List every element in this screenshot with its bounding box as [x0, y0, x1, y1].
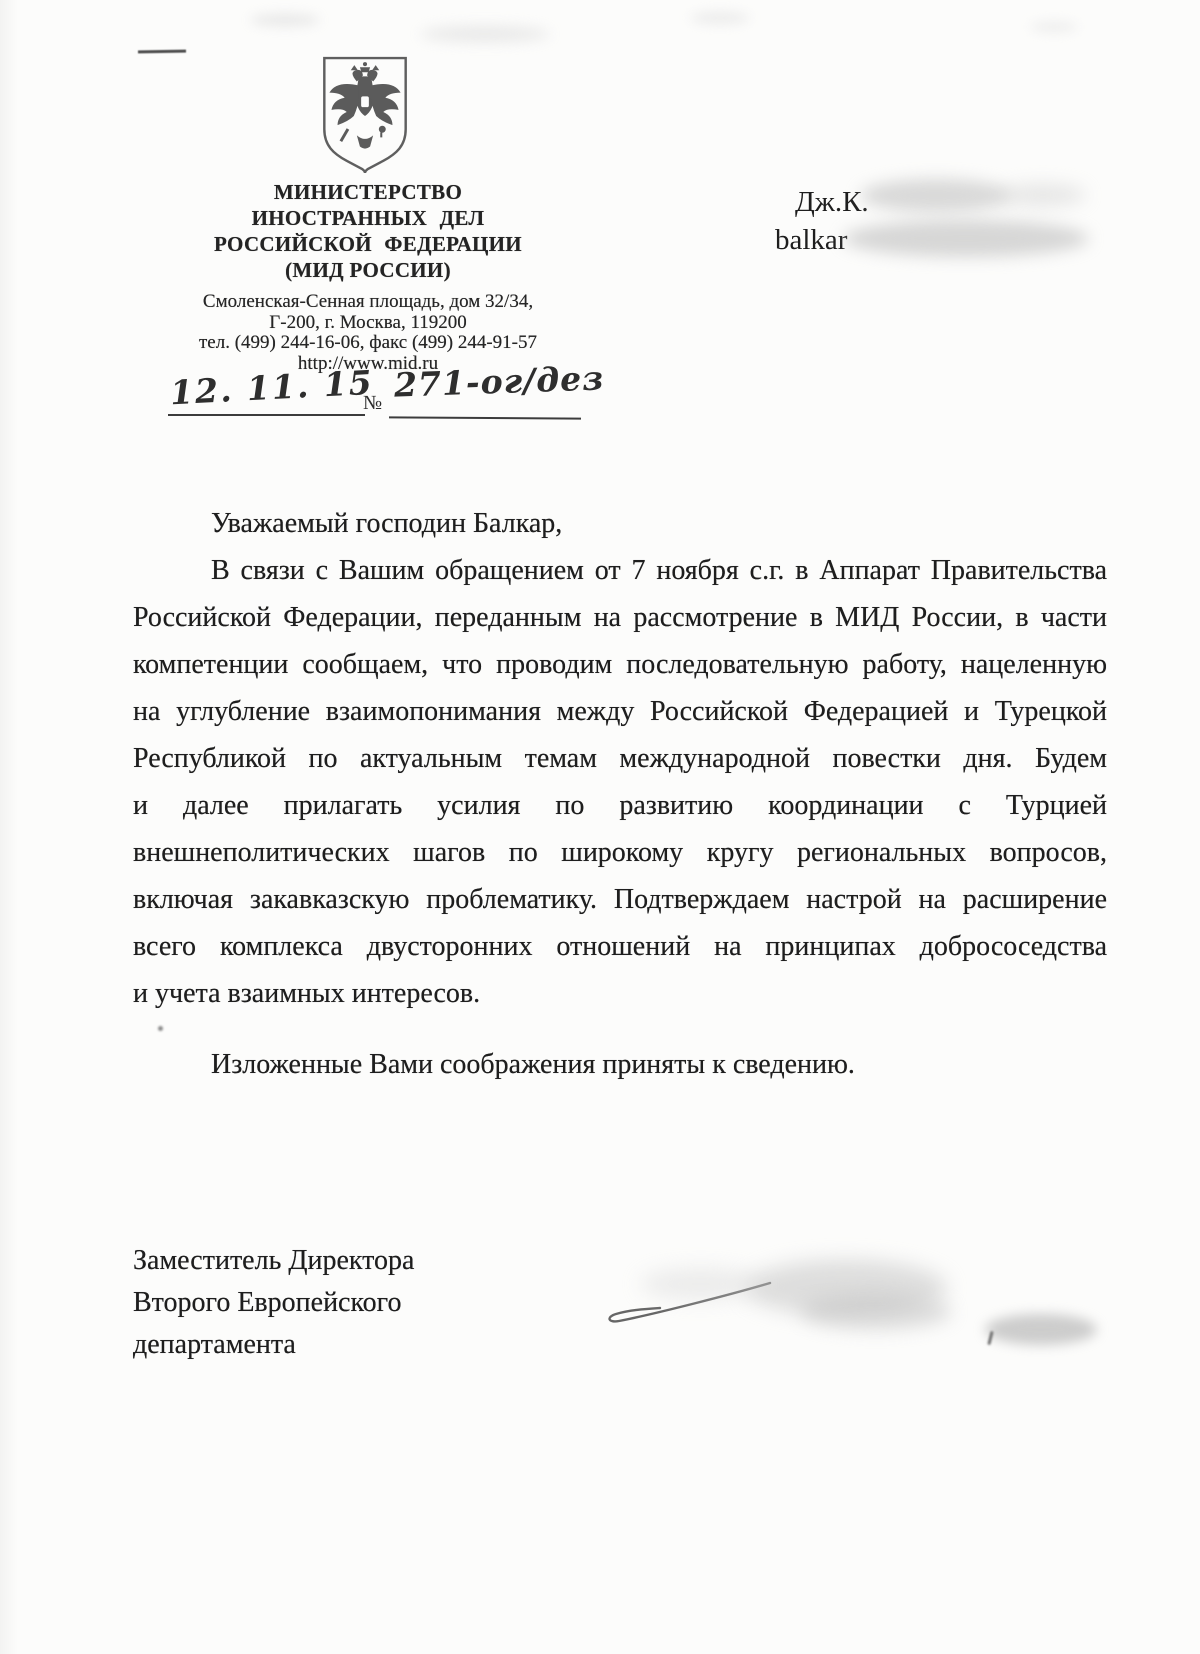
signer-title-line: департамента: [133, 1324, 414, 1366]
ministry-line: РОССИЙСКОЙ ФЕДЕРАЦИИ: [150, 231, 586, 257]
body-line: Республикой по актуальным темам междунар…: [133, 735, 1107, 782]
body-line: на углубление взаимопонимания между Росс…: [133, 688, 1107, 735]
body-line: всего комплекса двусторонних отношений н…: [133, 923, 1107, 970]
scanned-letter-page: МИНИСТЕРСТВО ИНОСТРАННЫХ ДЕЛ РОССИЙСКОЙ …: [0, 0, 1200, 1654]
reference-number-label: №: [363, 392, 382, 415]
closing-line: Изложенные Вами соображения приняты к св…: [133, 1041, 1107, 1088]
recipient-email: balkar: [775, 224, 847, 257]
signature-blur: [800, 1294, 952, 1330]
letter-body: Уважаемый господин Балкар, В связи с Ваш…: [133, 500, 1107, 1088]
signer-title-line: Заместитель Директора: [133, 1240, 414, 1282]
scan-artifact-mark: [138, 50, 186, 54]
body-line: включая закавказскую проблематику. Подтв…: [133, 876, 1107, 923]
ministry-line: (МИД РОССИИ): [150, 257, 586, 283]
ministry-line: МИНИСТЕРСТВО: [150, 179, 586, 205]
redaction-blur-name: [1000, 184, 1086, 206]
signer-title-block: Заместитель Директора Второго Европейско…: [133, 1240, 414, 1366]
body-line: В связи с Вашим обращением от 7 ноября с…: [133, 547, 1107, 594]
signer-title-line: Второго Европейского: [133, 1282, 414, 1324]
russia-coat-of-arms-icon: [316, 54, 414, 174]
scan-noise: [250, 14, 320, 26]
scan-noise: [1030, 22, 1078, 32]
handwritten-reference-number: 271-ог/дез: [393, 358, 604, 404]
signature-blur: [745, 1260, 947, 1316]
date-underline: [168, 414, 365, 416]
redaction-blur-name: [860, 179, 1012, 212]
address-line: Г-200, г. Москва, 119200: [150, 313, 586, 334]
redaction-blur-signer-name: [985, 1314, 1097, 1345]
redaction-blur-email: [843, 220, 1089, 257]
recipient-name: Дж.К.: [795, 186, 869, 219]
body-line: и далее прилагать усилия по развитию коо…: [133, 782, 1107, 829]
scan-artifact-stroke: [987, 1331, 993, 1345]
address-line: тел. (499) 244-16-06, факс (499) 244-91-…: [150, 333, 586, 354]
ministry-name-block: МИНИСТЕРСТВО ИНОСТРАННЫХ ДЕЛ РОССИЙСКОЙ …: [150, 179, 586, 283]
salutation: Уважаемый господин Балкар,: [133, 500, 1107, 547]
number-underline: [389, 416, 581, 419]
body-line: компетенции сообщаем, что проводим после…: [133, 641, 1107, 688]
body-line: внешнеполитических шагов по широкому кру…: [133, 829, 1107, 876]
body-line: Российской Федерации, переданным на расс…: [133, 594, 1107, 641]
scan-noise: [420, 26, 550, 42]
ministry-line: ИНОСТРАННЫХ ДЕЛ: [150, 205, 586, 231]
handwritten-signature-stroke: [603, 1278, 773, 1330]
body-line: и учета взаимных интересов.: [133, 970, 1107, 1017]
address-line: Смоленская-Сенная площадь, дом 32/34,: [150, 292, 586, 313]
scan-noise: [690, 12, 750, 24]
